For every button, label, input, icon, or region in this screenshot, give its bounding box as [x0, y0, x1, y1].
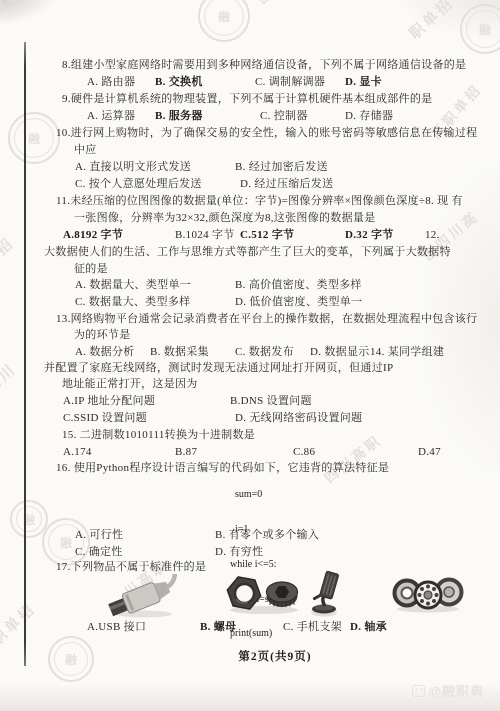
question-8: 8.组建小型家庭网络时需要用到多种网络通信设备，下列不属于网络通信设备的是: [44, 57, 476, 74]
option-16b: B. 有零个或多个输入: [215, 527, 319, 544]
question-12-number: 12.: [425, 227, 440, 244]
question-10-text-2: 中应: [74, 142, 97, 159]
question-14-line-3: 地址能正常打开，这是因为: [44, 376, 476, 393]
option-16a: A. 可行性: [75, 527, 123, 544]
watermark-stamp-glyph: 融: [28, 130, 40, 147]
option-12b: B. 高价值密度、类型多样: [235, 277, 362, 294]
question-13-text-2: 为的环节是: [74, 327, 131, 344]
question-10-text-1: 10.进行网上购物时，为了确保交易的安全性，输入的账号密码等敏感信息在传输过程: [56, 125, 477, 142]
bearing-image: [390, 574, 466, 614]
question-13-line-1: 13.网络购物平台通常会记录消费者在平台上的操作数据，在数据处理流程中包含该行: [44, 311, 476, 328]
question-14-options-ab: A.IP 地址分配问题 B.DNS 设置问题: [44, 393, 476, 410]
question-9-text: 9.硬件是计算机系统的物理装置，下列不属于计算机硬件基本组成部件的是: [62, 91, 432, 108]
question-14-text-3: 地址能正常打开，这是因为: [62, 376, 198, 393]
question-13-line-2: 为的环节是: [44, 327, 476, 344]
option-17d: D. 轴承: [350, 619, 387, 636]
watermark-text: 四川: [0, 358, 21, 398]
question-16-text: 16. 使用Python程序设计语言编写的代码如下，它违背的算法特征是: [56, 460, 389, 477]
option-8a: A. 路由器: [87, 74, 135, 91]
question-17-options: A.USB 接口 B. 螺母 C. 手机支架 D. 轴承: [44, 619, 476, 636]
option-17a: A.USB 接口: [87, 619, 146, 636]
option-8d: D. 显卡: [345, 74, 382, 91]
question-10-options-cd: C. 按个人意愿处理后发送 D. 经过压缩后发送: [44, 176, 476, 193]
question-11-text-2: 一张图像，分辨率为32×32,颜色深度为8,这张图像的数据量是: [74, 210, 376, 227]
option-15c: C.86: [293, 444, 315, 461]
option-14c: C.SSID 设置问题: [63, 410, 147, 427]
option-12c: C. 数据量大、类型多样: [75, 294, 190, 311]
question-9-options: A. 运算器 B. 服务器 C. 控制器 D. 存储器: [44, 108, 476, 125]
corner-watermark: @融职典: [412, 681, 484, 700]
option-14a: A.IP 地址分配问题: [63, 393, 155, 410]
option-10a: A. 直接以明文形式发送: [75, 159, 191, 176]
question-15-options: A.174 B.87 C.86 D.47: [44, 444, 476, 461]
question-11-line-2: 一张图像，分辨率为32×32,颜色深度为8,这张图像的数据量是: [44, 210, 476, 227]
option-11c: C.512 字节: [240, 227, 294, 244]
option-9c: C. 控制器: [260, 108, 308, 125]
watermark-text: 职单招: [0, 598, 40, 650]
question-12-text-2: 征的是: [74, 261, 108, 278]
watermark-stamp-logo: 融: [460, 4, 500, 54]
question-14-start: 14. 某同学组建: [370, 344, 444, 361]
question-12-line-1: 大数据使人们的生活、工作与思维方式等都产生了巨大的变革，下列属于大数据特: [44, 244, 476, 261]
option-17c: C. 手机支架: [283, 619, 342, 636]
option-10c: C. 按个人意愿处理后发送: [75, 176, 202, 193]
question-8-text: 8.组建小型家庭网络时需要用到多种网络通信设备，下列不属于网络通信设备的是: [62, 57, 466, 74]
option-15b: B.87: [175, 444, 197, 461]
question-13-text-1: 13.网络购物平台通常会记录消费者在平台上的操作数据，在数据处理流程中包含该行: [56, 311, 477, 328]
option-10d: D. 经过压缩后发送: [240, 176, 333, 193]
question-15-text: 15. 二进制数1010111转换为十进制数是: [62, 427, 255, 444]
option-14d: D. 无线网络密码设置问题: [235, 410, 362, 427]
option-12d: D. 低价值密度、类型单一: [235, 294, 362, 311]
option-12a: A. 数据量大、类型单一: [75, 277, 191, 294]
watermark-stamp-glyph: 融: [218, 8, 230, 25]
option-11b: B.1024 字节: [175, 227, 235, 244]
question-14-text-2: 并配置了家庭无线网络，测试时发现无法通过网址打开网页，但通过IP: [44, 360, 393, 377]
question-8-options: A. 路由器 B. 交换机 C. 调制解调器 D. 显卡: [44, 74, 476, 91]
exam-paper-page: 融创四 融 创四川 融 职单招 融 高职单招 单招 创四川高 四川 四川高职 融…: [0, 0, 500, 711]
option-8b: B. 交换机: [155, 74, 203, 91]
watermark-text: 单招: [0, 232, 19, 272]
option-11d: D.32 字节: [345, 227, 394, 244]
option-8c: C. 调制解调器: [255, 74, 325, 91]
option-14b: B.DNS 设置问题: [230, 393, 312, 410]
question-12-options-cd: C. 数据量大、类型多样 D. 低价值密度、类型单一: [44, 294, 476, 311]
question-11-line-1: 11.未经压缩的位图图像的数据量(单位：字节)=图像分辨率×图像颜色深度÷8. …: [44, 193, 476, 210]
question-11-options: A.8192 字节 B.1024 字节 C.512 字节 D.32 字节 12.: [44, 227, 476, 244]
option-11a: A.8192 字节: [63, 227, 123, 244]
option-9d: D. 存储器: [345, 108, 393, 125]
code-line: sum=0: [230, 489, 290, 501]
question-12-text-1: 大数据使人们的生活、工作与思维方式等都产生了巨大的变革，下列属于大数据特: [44, 244, 451, 261]
option-15d: D.47: [418, 444, 441, 461]
question-10-line-1: 10.进行网上购物时，为了确保交易的安全性，输入的账号密码等敏感信息在传输过程: [44, 125, 476, 142]
panda-logo-icon: [412, 685, 425, 697]
question-11-text-1: 11.未经压缩的位图图像的数据量(单位：字节)=图像分辨率×图像颜色深度÷8. …: [56, 193, 463, 210]
question-10-line-2: 中应: [44, 142, 476, 159]
option-17b: B. 螺母: [200, 619, 236, 636]
option-13a: A. 数据分析: [75, 344, 135, 361]
usb-connector-image: [100, 574, 184, 620]
question-10-options-ab: A. 直接以明文形式发送 B. 经过加密后发送: [44, 159, 476, 176]
option-9b: B. 服务器: [155, 108, 203, 125]
watermark-text: 职单招: [404, 0, 458, 44]
watermark-stamp-logo: 融: [10, 500, 48, 538]
watermark-stamp-logo: 融: [198, 0, 250, 42]
option-15a: A.174: [63, 444, 92, 461]
question-15: 15. 二进制数1010111转换为十进制数是: [44, 427, 476, 444]
option-10b: B. 经过加密后发送: [235, 159, 328, 176]
page-number-footer: 第2页(共9页): [50, 648, 500, 664]
option-13d: D. 数据显示: [310, 344, 370, 361]
watermark-text: 融创四: [0, 0, 39, 19]
question-14-line-2: 并配置了家庭无线网络，测试时发现无法通过网址打开网页，但通过IP: [44, 360, 476, 377]
question-14-options-cd: C.SSID 设置问题 D. 无线网络密码设置问题: [44, 410, 476, 427]
question-16-options-ab: A. 可行性 B. 有零个或多个输入: [44, 527, 476, 544]
question-13-options: A. 数据分析 B. 数据采集 C. 数据发布 D. 数据显示 14. 某同学组…: [44, 344, 476, 361]
watermark-text: 创四川: [254, 0, 301, 8]
phone-stand-image: [305, 570, 345, 618]
option-13b: B. 数据采集: [150, 344, 209, 361]
watermark-stamp-glyph: 融: [479, 21, 491, 38]
question-9: 9.硬件是计算机系统的物理装置，下列不属于计算机硬件基本组成部件的是: [44, 91, 476, 108]
left-margin-rule: [24, 42, 26, 666]
question-12-line-2: 征的是: [44, 261, 476, 278]
option-9a: A. 运算器: [87, 108, 135, 125]
question-12-options-ab: A. 数据量大、类型单一 B. 高价值密度、类型多样: [44, 277, 476, 294]
hex-nuts-image: [222, 572, 306, 616]
option-13c: C. 数据发布: [235, 344, 294, 361]
corner-watermark-label: @融职典: [428, 681, 484, 700]
